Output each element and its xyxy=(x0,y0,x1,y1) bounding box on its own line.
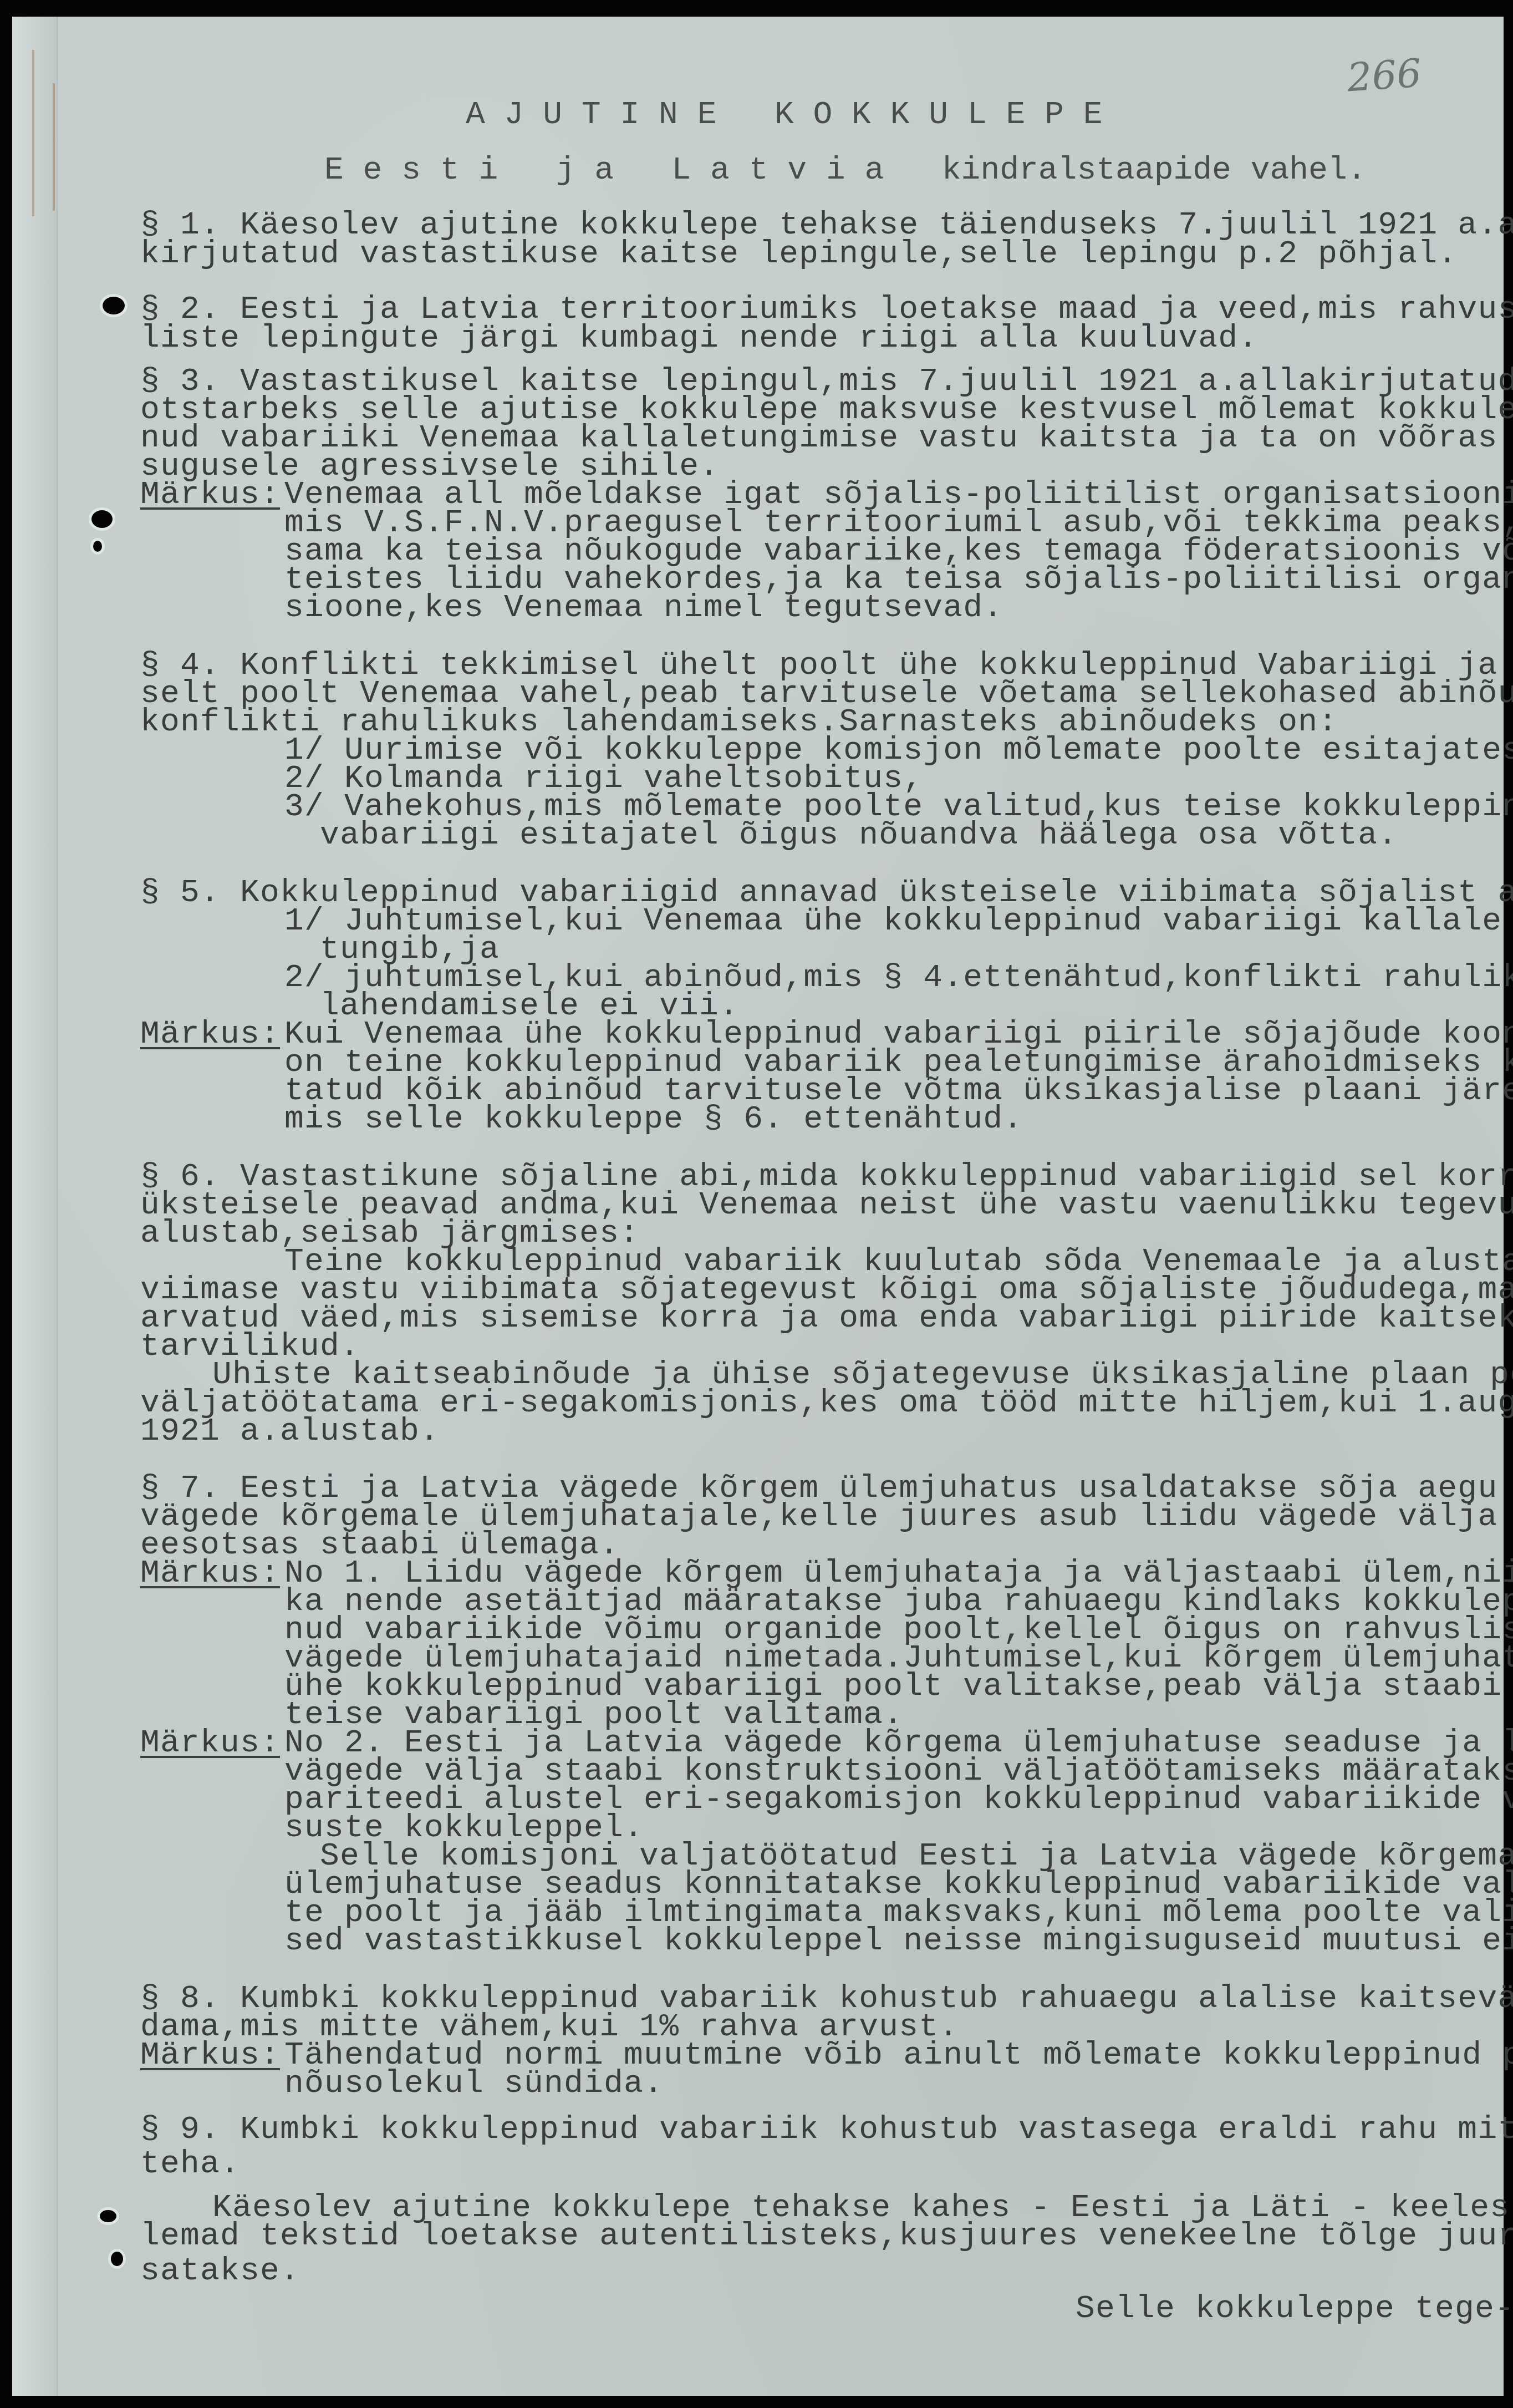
text-line: liste lepingute järgi kumbagi nende riig… xyxy=(140,323,1258,355)
rust-stain xyxy=(32,50,34,216)
text-line: Selle kokkuleppe tege- xyxy=(1076,2293,1513,2325)
text-line: mis selle kokkuleppe § 6. ettenähtud. xyxy=(284,1104,1023,1136)
archive-page-number: 266 xyxy=(1346,50,1423,100)
folded-left-edge xyxy=(12,17,58,2396)
punch-hole xyxy=(100,2210,116,2222)
note-label: Märkus: xyxy=(140,1728,280,1760)
punch-hole xyxy=(91,510,113,528)
text-line: nõusolekul sündida. xyxy=(284,2068,664,2100)
punch-hole xyxy=(93,541,102,552)
document-subtitle: E e s t i j a L a t v i a kindralstaapid… xyxy=(324,153,1367,189)
note-label: Märkus: xyxy=(140,1558,280,1590)
text-line: kirjutatud vastastikuse kaitse lepingule… xyxy=(140,238,1458,271)
punch-hole xyxy=(103,297,125,314)
text-line: teha. xyxy=(140,2148,240,2181)
text-line: vabariigi esitajatel õigus nõuandva hääl… xyxy=(320,820,1398,852)
text-line: sioone,kes Venemaa nimel tegutsevad. xyxy=(284,592,1003,624)
document-title: A J U T I N E K O K K U L E P E xyxy=(466,97,1103,133)
text-line: lemad tekstid loetakse autentilisteks,ku… xyxy=(140,2221,1513,2253)
note-label: Märkus: xyxy=(140,2040,280,2072)
text-line: sed vastastikkusel kokkuleppel neisse mi… xyxy=(284,1926,1513,1958)
note-label: Märkus: xyxy=(140,1019,280,1051)
rust-stain xyxy=(53,83,55,211)
punch-hole xyxy=(111,2252,123,2266)
text-line: 1921 a.alustab. xyxy=(140,1416,440,1448)
text-line: satakse. xyxy=(140,2255,300,2288)
text-line: § 9. Kumbki kokkuleppinud vabariik kohus… xyxy=(140,2114,1513,2146)
note-label: Märkus: xyxy=(140,479,280,511)
